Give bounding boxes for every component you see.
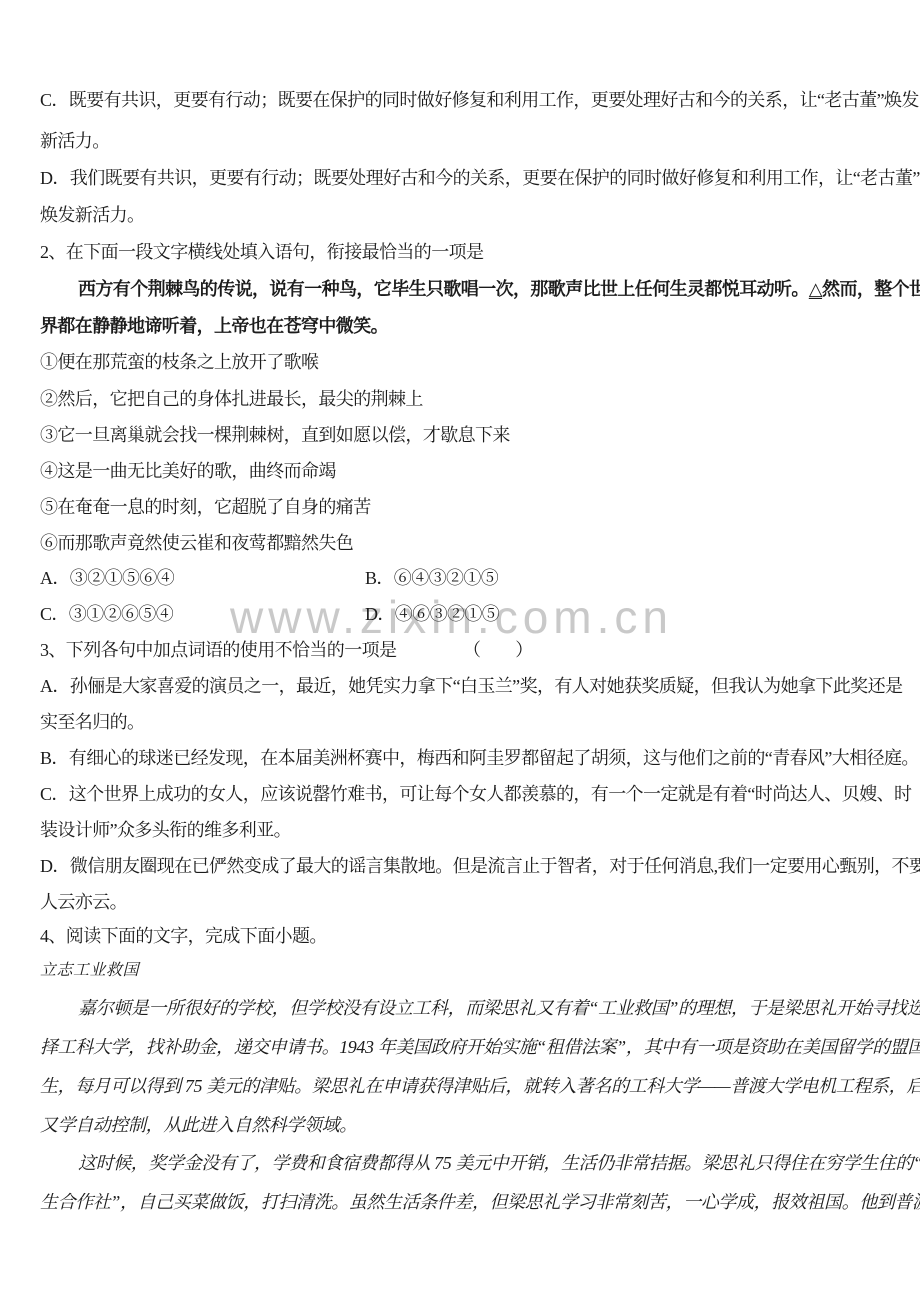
text-run: ⑤在奄奄一息的时刻，它超脱了自身的痛苦	[40, 497, 371, 517]
q3-answer-brackets: （ ）	[463, 640, 533, 662]
text-run: ①便在那荒蛮的枝条之上放开了歌喉	[40, 352, 318, 372]
text-run: ③它一旦离巢就会找一棵荆棘树，直到如愿以偿，才歇息下来	[40, 425, 510, 445]
q2-option-c: C．③①②⑥⑤④	[40, 604, 173, 626]
text-run: （ ）	[463, 640, 533, 660]
q1-option-d-line-1: D．我们既要有共识，更要有行动；既要处理好古和今的关系，更要在保护的同时做好修复…	[40, 168, 920, 190]
text-run: B．⑥④③②①⑤	[365, 568, 498, 588]
text-run: C．③①②⑥⑤④	[40, 604, 173, 624]
text-run: A．③②①⑤⑥④	[40, 568, 174, 588]
q3-option-b: B．有细心的球迷已经发现，在本届美洲杯赛中，梅西和阿圭罗都留起了胡须，这与他们之…	[40, 748, 919, 770]
q3-option-d-line-1: D．微信朋友圈现在已俨然变成了最大的谣言集散地。但是流言止于智者，对于任何消息,…	[40, 856, 920, 878]
text-run: B．有细心的球迷已经发现，在本届美洲杯赛中，梅西和阿圭罗都留起了胡须，这与他们之…	[40, 748, 919, 768]
q2-option-d: D．④⑥③②①⑤	[365, 604, 499, 626]
q3-option-c-line-1: C．这个世界上成功的女人，应该说罄竹难书，可让每个女人都羡慕的，有一个一定就是有…	[40, 784, 911, 806]
q4-para2-line-2: 生合作社”，自己买菜做饭，打扫清洗。虽然生活条件差，但梁思礼学习非常刻苦，一心学…	[40, 1192, 920, 1214]
text-run: D．我们既要有共识，更要有行动；既要处理好古和今的关系，更要在保护的同时做好修复…	[40, 168, 920, 188]
q4-para1-line-4: 又学自动控制，从此进入自然科学领域。	[40, 1115, 357, 1137]
text-run: 又学自动控制，从此进入自然科学领域。	[40, 1115, 357, 1135]
q4-stem: 4、阅读下面的文字，完成下面小题。	[40, 926, 327, 948]
q3-stem: 3、下列各句中加点词语的使用不恰当的一项是	[40, 640, 396, 662]
q2-sentence-6: ⑥而那歌声竟然使云崔和夜莺都黯然失色	[40, 533, 353, 555]
q1-option-c-line-1: C．既要有共识，更要有行动；既要在保护的同时做好修复和利用工作，更要处理好古和今…	[40, 90, 919, 112]
text-run: 生，每月可以得到 75 美元的津贴。梁思礼在申请获得津贴后，就转入著名的工科大学…	[40, 1076, 920, 1096]
q4-passage-title: 立志工业救国	[40, 961, 139, 980]
text-run: 生合作社”，自己买菜做饭，打扫清洗。虽然生活条件差，但梁思礼学习非常刻苦，一心学…	[40, 1192, 920, 1212]
text-run: 装设计师”众多头衔的维多利亚。	[40, 820, 291, 840]
text-run: D．微信朋友圈现在已俨然变成了最大的谣言集散地。但是流言止于智者，对于任何消息,…	[40, 856, 920, 876]
q4-para1-line-3: 生，每月可以得到 75 美元的津贴。梁思礼在申请获得津贴后，就转入著名的工科大学…	[40, 1076, 920, 1098]
q3-option-c-line-2: 装设计师”众多头衔的维多利亚。	[40, 820, 291, 842]
q4-para1-line-2: 择工科大学，找补助金，递交申请书。1943 年美国政府开始实施“租借法案”，其中…	[40, 1037, 920, 1059]
text-run: 西方有个荆棘鸟的传说，说有一种鸟，它毕生只歌唱一次，那歌声比世上任何生灵都悦耳动…	[78, 279, 809, 299]
text-run: ④这是一曲无比美好的歌，曲终而命竭	[40, 461, 336, 481]
text-run: 立志工业救国	[40, 962, 139, 979]
q4-para1-line-1: 嘉尔顿是一所很好的学校，但学校没有设立工科，而梁思礼又有着“工业救国”的理想，于…	[78, 998, 920, 1020]
text-run: 实至名归的。	[40, 712, 144, 732]
q1-option-c-line-2: 新活力。	[40, 131, 110, 153]
text-run: D．④⑥③②①⑤	[365, 604, 499, 624]
q3-option-a-line-1: A．孙俪是大家喜爱的演员之一，最近，她凭实力拿下“白玉兰”奖，有人对她获奖质疑，…	[40, 676, 902, 698]
q3-option-a-line-2: 实至名归的。	[40, 712, 144, 734]
q3-option-d-line-2: 人云亦云。	[40, 892, 127, 914]
q2-passage-line-2: 界都在静静地谛听着，上帝也在苍穹中微笑。	[40, 316, 388, 338]
text-run: 新活力。	[40, 131, 110, 151]
text-run: 这时候，奖学金没有了，学费和食宿费都得从 75 美元中开销，生活仍非常拮据。梁思…	[78, 1153, 920, 1173]
q2-passage-line-1: 西方有个荆棘鸟的传说，说有一种鸟，它毕生只歌唱一次，那歌声比世上任何生灵都悦耳动…	[78, 279, 920, 301]
q2-sentence-5: ⑤在奄奄一息的时刻，它超脱了自身的痛苦	[40, 497, 371, 519]
text-run: 择工科大学，找补助金，递交申请书。1943 年美国政府开始实施“租借法案”，其中…	[40, 1037, 920, 1057]
q4-para2-line-1: 这时候，奖学金没有了，学费和食宿费都得从 75 美元中开销，生活仍非常拮据。梁思…	[78, 1153, 920, 1175]
q2-sentence-3: ③它一旦离巢就会找一棵荆棘树，直到如愿以偿，才歇息下来	[40, 425, 510, 447]
text-run: A．孙俪是大家喜爱的演员之一，最近，她凭实力拿下“白玉兰”奖，有人对她获奖质疑，…	[40, 676, 902, 696]
q2-sentence-4: ④这是一曲无比美好的歌，曲终而命竭	[40, 461, 336, 483]
text-run: 界都在静静地谛听着，上帝也在苍穹中微笑。	[40, 316, 388, 336]
text-run: ②然后，它把自己的身体扎进最长，最尖的荆棘上	[40, 389, 423, 409]
q2-option-a: A．③②①⑤⑥④	[40, 568, 174, 590]
q2-stem: 2、在下面一段文字横线处填入语句，衔接最恰当的一项是	[40, 242, 483, 264]
q2-sentence-2: ②然后，它把自己的身体扎进最长，最尖的荆棘上	[40, 389, 423, 411]
q2-sentence-1: ①便在那荒蛮的枝条之上放开了歌喉	[40, 352, 318, 374]
text-run: 人云亦云。	[40, 892, 127, 912]
q1-option-d-line-2: 焕发新活力。	[40, 205, 144, 227]
underlined-marker: △	[809, 279, 822, 299]
text-run: 嘉尔顿是一所很好的学校，但学校没有设立工科，而梁思礼又有着“工业救国”的理想，于…	[78, 998, 920, 1018]
text-run: 然而，整个世	[822, 279, 920, 299]
text-run: ⑥而那歌声竟然使云崔和夜莺都黯然失色	[40, 533, 353, 553]
exam-document-page: www.zixin.com.cn C．既要有共识，更要有行动；既要在保护的同时做…	[0, 0, 920, 1302]
text-run: 2、在下面一段文字横线处填入语句，衔接最恰当的一项是	[40, 242, 483, 262]
text-run: C．这个世界上成功的女人，应该说罄竹难书，可让每个女人都羡慕的，有一个一定就是有…	[40, 784, 911, 804]
text-run: 4、阅读下面的文字，完成下面小题。	[40, 926, 327, 946]
text-run: 3、下列各句中加点词语的使用不恰当的一项是	[40, 640, 396, 660]
q2-option-b: B．⑥④③②①⑤	[365, 568, 498, 590]
text-run: C．既要有共识，更要有行动；既要在保护的同时做好修复和利用工作，更要处理好古和今…	[40, 90, 919, 110]
text-run: 焕发新活力。	[40, 205, 144, 225]
